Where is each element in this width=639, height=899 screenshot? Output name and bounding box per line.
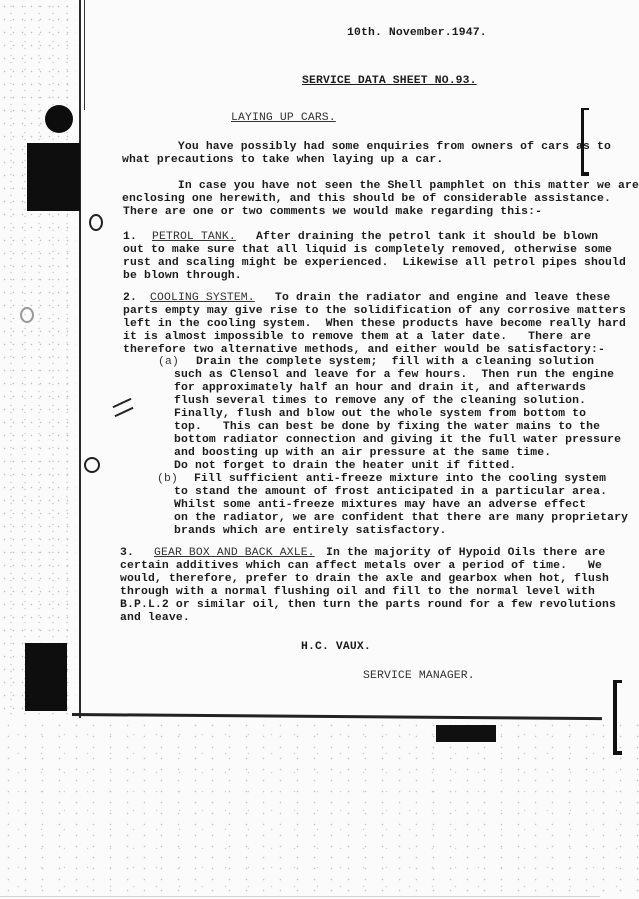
scan-noise-bottom: [0, 720, 639, 899]
subitem-line: Drain the complete system; fill with a c…: [196, 356, 594, 369]
subitem-label: (b): [157, 473, 178, 486]
sheet-title: SERVICE DATA SHEET NO.93.: [302, 75, 477, 88]
section-line: To drain the radiator and engine and lea…: [275, 292, 610, 305]
para2-line: enclosing one herewith, and this should …: [122, 193, 611, 206]
intro-line: what precautions to take when laying up …: [122, 154, 443, 167]
binder-clip-mark: [613, 680, 622, 755]
subitem-line: for approximately half an hour and drain…: [174, 382, 586, 395]
section-line: it is almost impossible to remove them a…: [123, 331, 591, 344]
black-margin-block: [27, 143, 80, 211]
section-title: COOLING SYSTEM.: [150, 292, 255, 305]
black-margin-block: [436, 725, 496, 742]
subitem-line: Finally, flush and blow out the whole sy…: [174, 408, 586, 421]
punch-hole-mark: [45, 105, 73, 133]
section-title: PETROL TANK.: [152, 231, 236, 244]
subitem-line: top. This can best be done by fixing the…: [174, 421, 600, 434]
subitem-line: such as Clensol and leave for a few hour…: [174, 369, 614, 382]
ring-hole-mark: [89, 214, 103, 231]
scan-line: [0, 896, 600, 897]
section-line: B.P.L.2 or similar oil, then turn the pa…: [120, 599, 616, 612]
subitem-line: Fill sufficient anti-freeze mixture into…: [194, 473, 606, 486]
ring-hole-mark: [84, 457, 100, 473]
pen-mark: [113, 398, 132, 408]
section-number: 2.: [123, 292, 137, 305]
para2-line: There are one or two comments we would m…: [123, 206, 542, 219]
section-line: out to make sure that all liquid is comp…: [123, 244, 612, 257]
ring-hole-mark: [20, 307, 34, 323]
subitem-line: Whilst some anti-freeze mixtures may hav…: [174, 499, 586, 512]
page-edge-left: [79, 0, 81, 718]
section-line: certain additives which can affect metal…: [120, 560, 602, 573]
section-title: GEAR BOX AND BACK AXLE.: [154, 547, 315, 560]
subitem-line: brands which are entirely satisfactory.: [174, 525, 446, 538]
section-line: and leave.: [120, 612, 190, 625]
section-line: through with a normal flushing oil and f…: [120, 586, 595, 599]
subitem-line: to stand the amount of frost anticipated…: [174, 486, 607, 499]
section-line: would, therefore, prefer to drain the ax…: [120, 573, 609, 586]
signature-title: SERVICE MANAGER.: [363, 670, 475, 683]
black-margin-block: [25, 643, 67, 711]
section-line: After draining the petrol tank it should…: [256, 231, 598, 244]
page-edge-shadow: [84, 0, 85, 110]
subitem-line: Do not forget to drain the heater unit i…: [174, 460, 516, 473]
section-number: 1.: [123, 231, 137, 244]
section-line: In the majority of Hypoid Oils there are: [326, 547, 605, 560]
subitem-line: flush several times to remove any of the…: [174, 395, 586, 408]
document-heading: LAYING UP CARS.: [231, 112, 336, 125]
subitem-label: (a): [158, 356, 179, 369]
para2-line: In case you have not seen the Shell pamp…: [122, 180, 639, 193]
intro-line: You have possibly had some enquiries fro…: [122, 141, 611, 154]
subitem-line: bottom radiator connection and giving it…: [174, 434, 621, 447]
document-date: 10th. November.1947.: [347, 27, 487, 40]
section-line: left in the cooling system. When these p…: [123, 318, 626, 331]
subitem-line: on the radiator, we are confident that t…: [174, 512, 628, 525]
section-line: be blown through.: [123, 270, 242, 283]
subitem-line: and boosting up with an air pressure at …: [174, 447, 551, 460]
signature-name: H.C. VAUX.: [301, 641, 371, 654]
section-number: 3.: [120, 547, 134, 560]
section-line: rust and scaling might be experienced. L…: [123, 257, 626, 270]
section-line: parts empty may give rise to the solidif…: [123, 305, 626, 318]
pen-mark: [115, 407, 134, 417]
